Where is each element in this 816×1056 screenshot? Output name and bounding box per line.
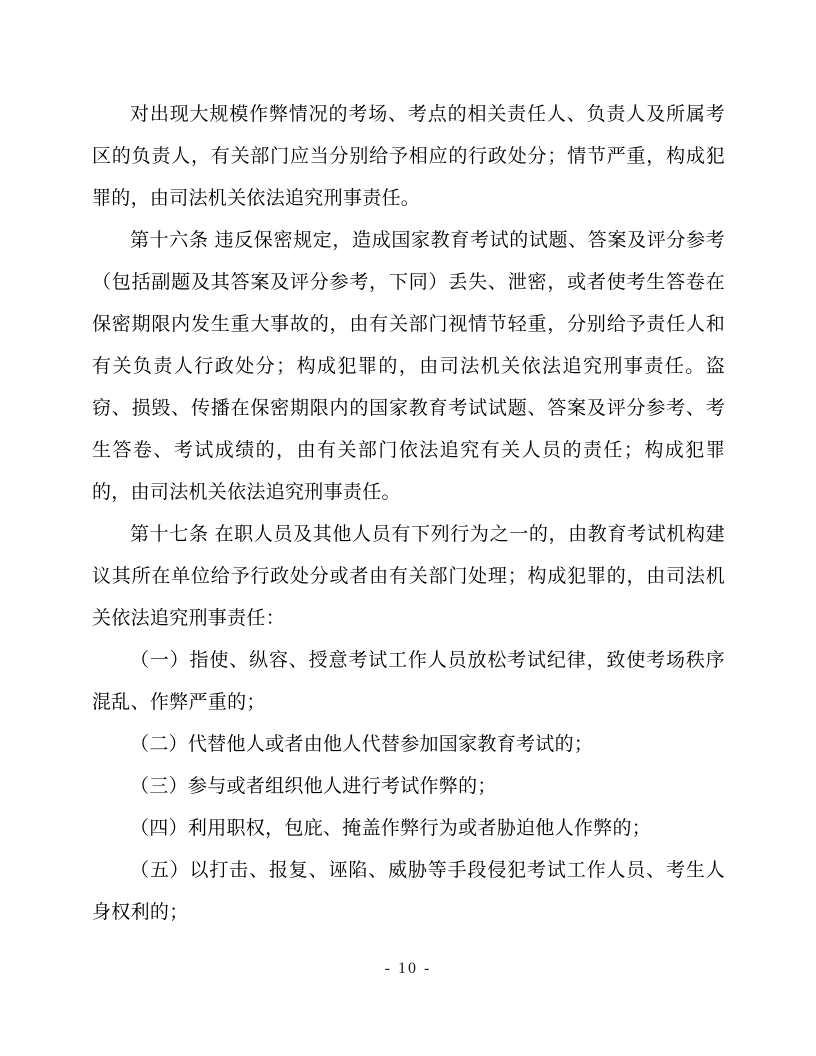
list-item-3-organizing-cheating: （三）参与或者组织他人进行考试作弊的； [92, 766, 725, 808]
page-number: - 10 - [385, 960, 432, 977]
list-item-2-impersonation-in-exam: （二）代替他人或者由他人代替参加国家教育考试的； [92, 724, 725, 766]
document-body: 对出现大规模作弊情况的考场、考点的相关责任人、负责人及所属考区的负责人，有关部门… [92, 94, 725, 934]
paragraph-large-scale-cheating-liability: 对出现大规模作弊情况的考场、考点的相关责任人、负责人及所属考区的负责人，有关部门… [92, 94, 725, 220]
paragraph-article-16-confidentiality: 第十六条 违反保密规定，造成国家教育考试的试题、答案及评分参考（包括副题及其答案… [92, 220, 725, 514]
list-item-5-retaliation-threats: （五）以打击、报复、诬陷、威胁等手段侵犯考试工作人员、考生人身权利的； [92, 850, 725, 934]
paragraph-article-17-staff-conduct: 第十七条 在职人员及其他人员有下列行为之一的，由教育考试机构建议其所在单位给予行… [92, 514, 725, 640]
list-item-1-instigating-lax-discipline: （一）指使、纵容、授意考试工作人员放松考试纪律，致使考场秩序混乱、作弊严重的； [92, 640, 725, 724]
list-item-4-abuse-of-power-cover-up: （四）利用职权，包庇、掩盖作弊行为或者胁迫他人作弊的； [92, 808, 725, 850]
page-footer: - 10 - [0, 960, 816, 978]
document-page: 对出现大规模作弊情况的考场、考点的相关责任人、负责人及所属考区的负责人，有关部门… [0, 0, 816, 1056]
